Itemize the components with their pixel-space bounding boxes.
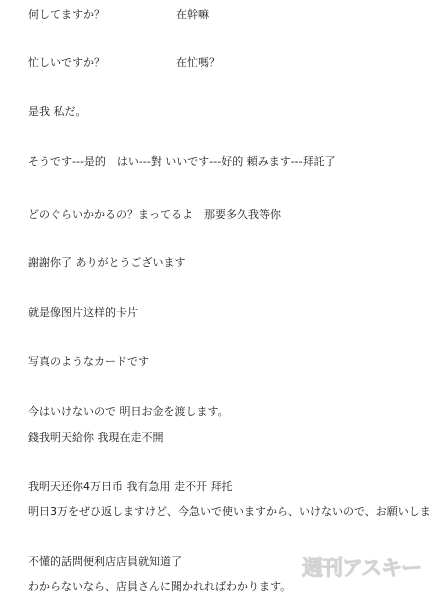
phrase-row-what-doing: 何してますか？ 在幹嘛 [28,8,105,22]
phrase-row-are-you-busy: 忙しいですか？ 在忙嗎？ [28,56,105,70]
phrase-thank-you: 謝謝你了 ありがとうございます [28,256,186,270]
phrase-card-like-picture-zh: 就是像图片这样的卡片 [28,306,138,320]
phrase-ask-clerk-ja: わからないなら、店員さんに聞かれればわかります。 [28,580,291,594]
phrase-ask-clerk-zh: 不懂的話問便利店店員就知道了 [28,555,182,569]
phrase-return-40000-zh: 我明天还你4万日币 我有急用 走不开 拜托 [28,480,233,494]
phrase-how-long: どのぐらいかかるの？まってるよ 那要多久我等你 [28,208,281,222]
phrase-its-me: 是我 私だ。 [28,105,87,119]
phrase-card-like-picture-ja: 写真のようなカードです [28,355,149,369]
japanese-phrase: 忙しいですか？ [28,56,105,69]
phrase-money-tomorrow-zh: 錢我明天給你 我現在走不開 [28,431,164,445]
phrase-yes-ok-please: そうです---是的 はい---對 いいです---好的 頼みます---拜託了 [28,155,336,169]
phrase-money-tomorrow-ja: 今はいけないので 明日お金を渡します。 [28,405,229,419]
chinese-phrase: 在幹嘛 [176,8,209,22]
chinese-phrase: 在忙嗎？ [176,56,220,70]
phrase-return-30000-ja: 明日3万をぜひ返しますけど、今急いで使いますから、いけないので、お願いします [28,505,431,519]
publisher-watermark: 週刊アスキー [302,552,421,582]
japanese-phrase: 何してますか？ [28,8,105,21]
